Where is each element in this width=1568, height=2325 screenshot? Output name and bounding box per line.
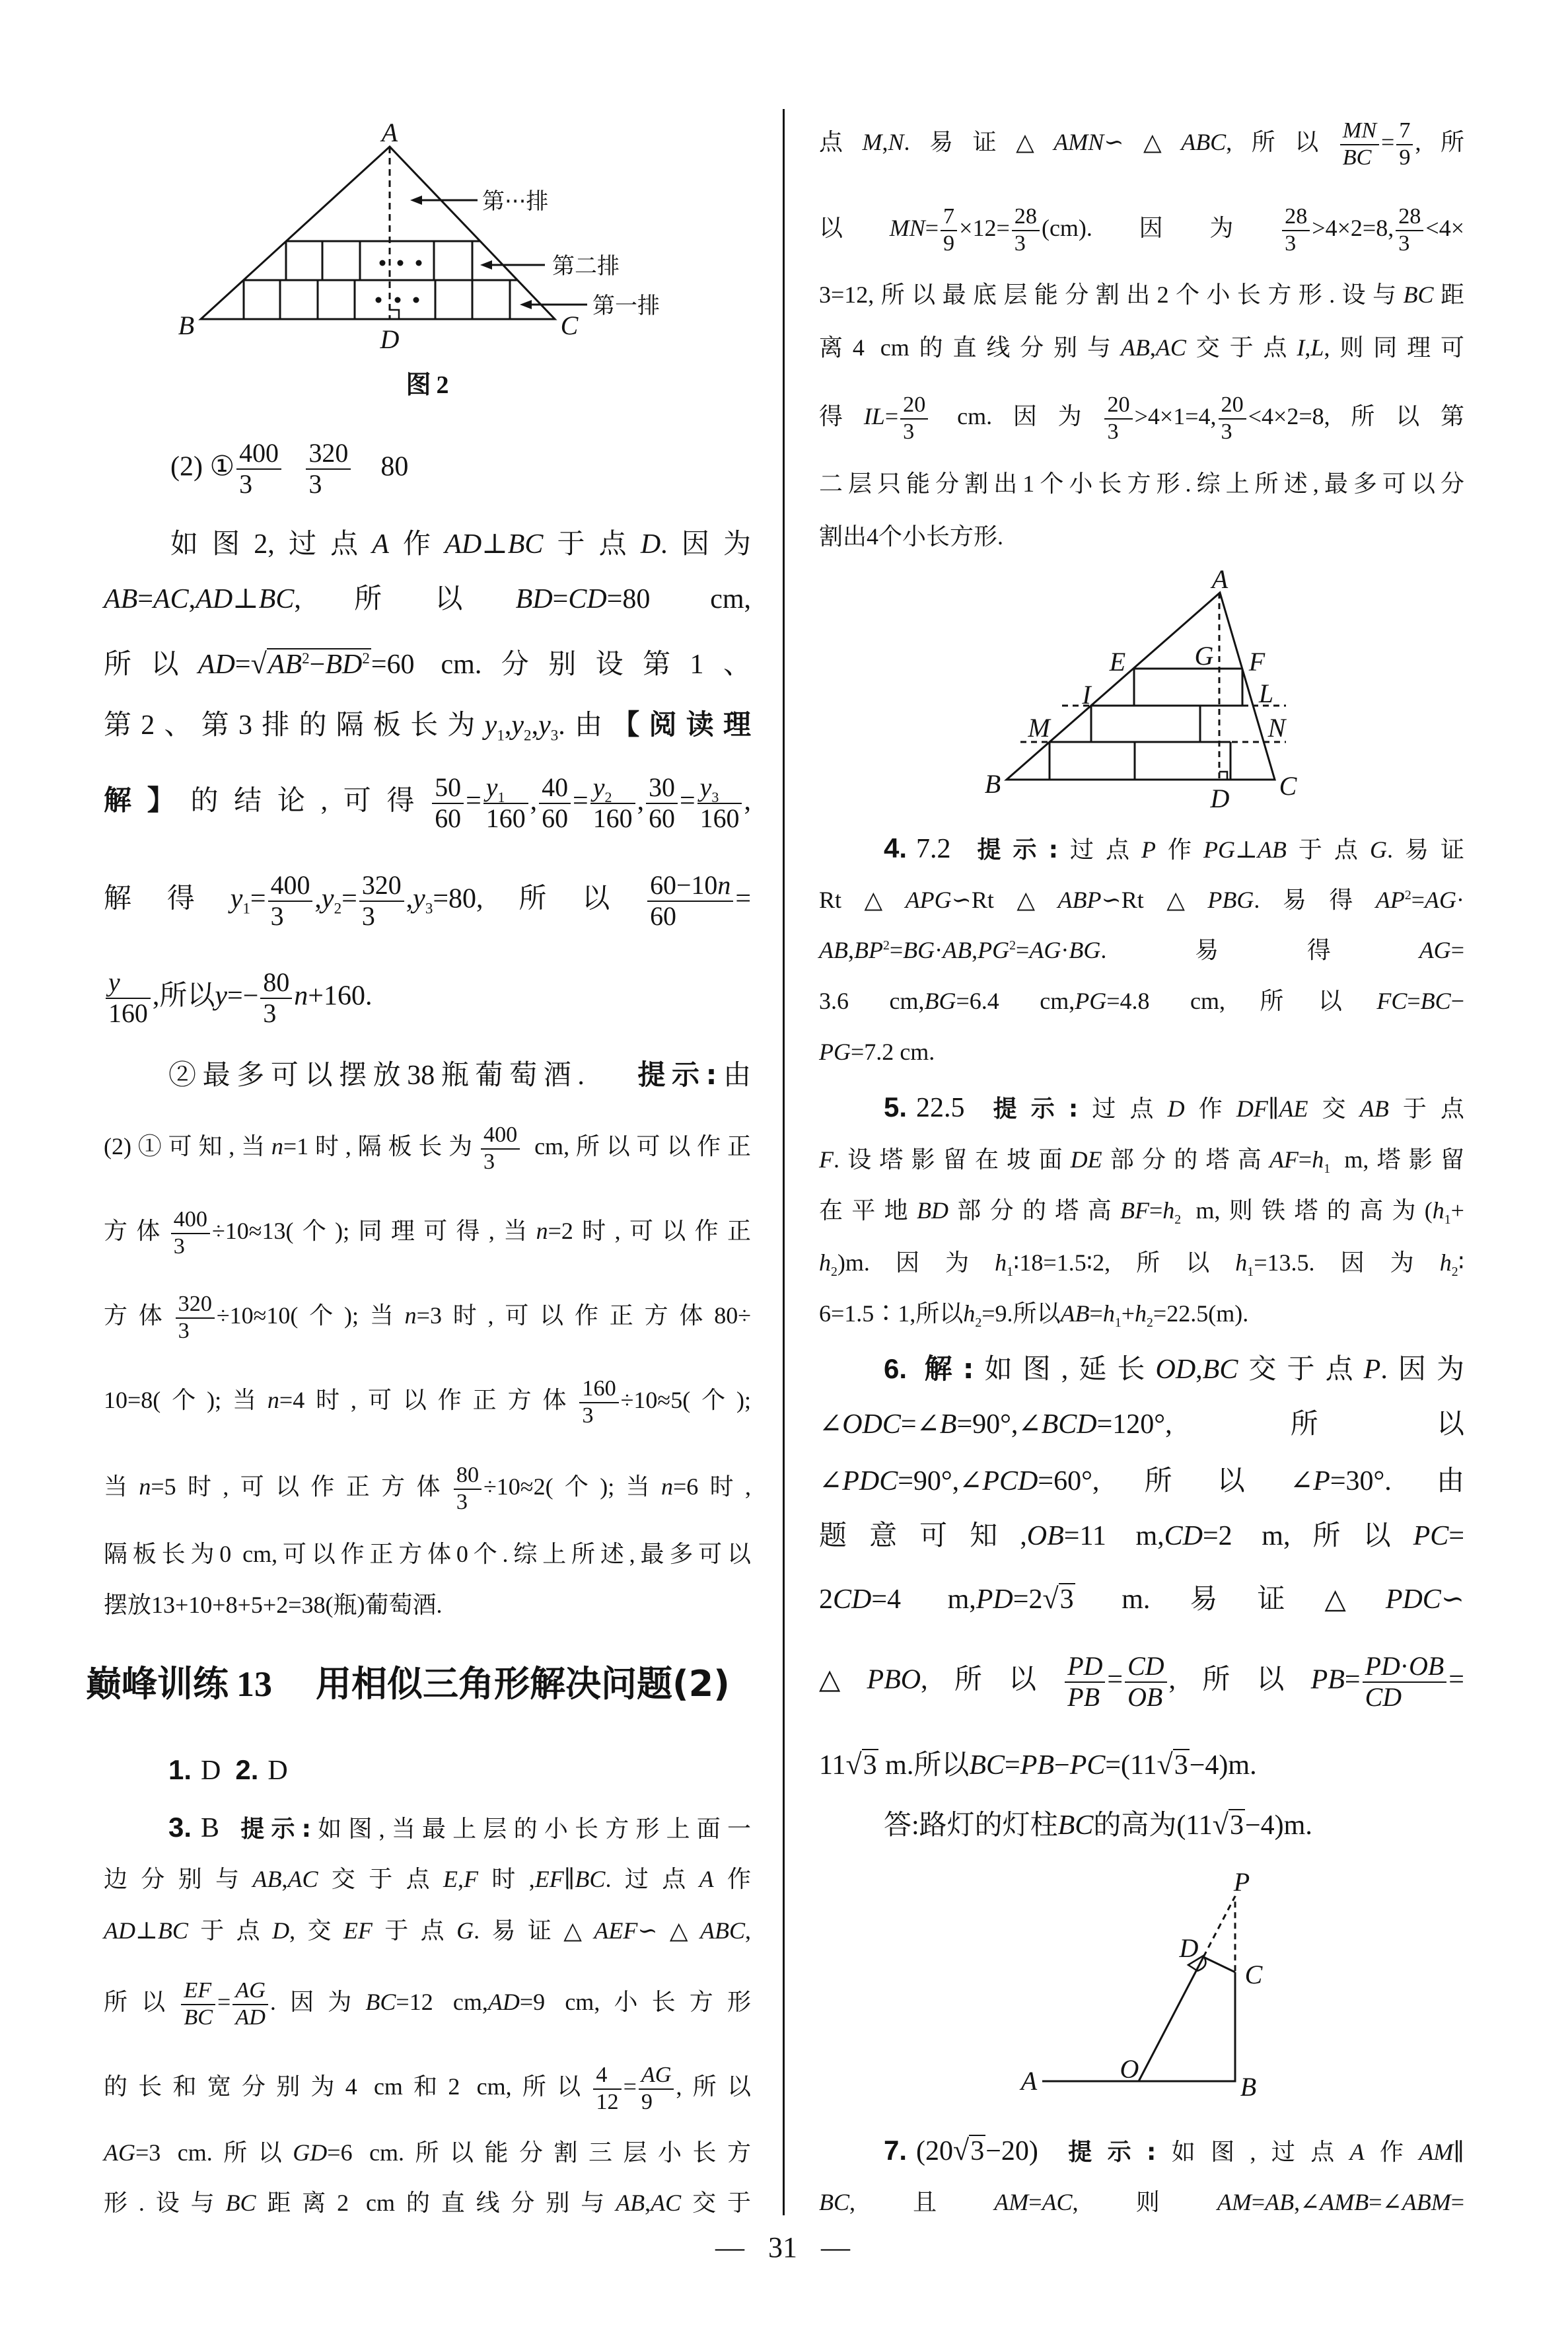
denominator: 9	[941, 230, 957, 256]
text-run: y	[593, 772, 605, 802]
math-variable: AB	[1360, 1095, 1389, 1122]
square-root: √3	[1157, 1750, 1190, 1781]
text-run: <4×	[1425, 215, 1464, 241]
math-variable: EF	[184, 1978, 211, 2003]
numerator: EF	[181, 1978, 215, 2003]
math-variable: PD	[1067, 1651, 1102, 1681]
denominator: 9	[639, 2088, 674, 2115]
text-run: 3	[263, 998, 276, 1028]
vertex-label-e: E	[1109, 647, 1125, 677]
text-run: △PBO,所以	[819, 1664, 1063, 1695]
vertex-label-c: C	[1279, 771, 1298, 801]
math-variable: AB	[253, 1866, 282, 1892]
text-run: 7	[1399, 118, 1410, 143]
denominator: OB	[1125, 1681, 1166, 1713]
math-variable: EF	[535, 1866, 564, 1892]
problem-number: 7.	[884, 2135, 907, 2166]
text-run: (20	[916, 2136, 953, 2166]
text-run: y	[108, 967, 120, 997]
math-variable: BC	[1058, 1810, 1094, 1841]
text-run: BC	[1343, 145, 1372, 170]
text-run: cm,所以可以作正	[522, 1133, 751, 1160]
math-variable: y	[700, 772, 712, 802]
text-run: 解得y	[104, 883, 242, 914]
text-run: 3	[970, 2136, 984, 2166]
math-variable: AG	[1029, 937, 1061, 963]
math-variable: y	[511, 710, 524, 741]
hint-line: 点M,N.易证△AMN∽△ABC,所以MNBC=79,所	[819, 116, 1464, 168]
math-variable: PG	[819, 1039, 851, 1065]
math-variable: D	[1168, 1095, 1185, 1122]
math-variable: AD	[445, 529, 481, 560]
math-variable: BG	[924, 988, 956, 1014]
math-variable: AD	[104, 1917, 135, 1944]
superscript: 2	[1405, 888, 1411, 903]
fraction: 4003	[236, 439, 281, 499]
answer-line: 5.22.5提示:过点D作DF∥AE交AB于点	[884, 1081, 1464, 1134]
text-run: 割出4个小长方形.	[819, 523, 1003, 550]
hint-line: AD⊥BC于点D,交EF于点G.易证△AEF∽△ABC,	[104, 1904, 751, 1957]
radical-sign-icon: √	[251, 647, 267, 680]
math-variable: BP	[854, 937, 883, 963]
page-number-left-mark: —	[715, 2231, 744, 2264]
square-root: √3	[1042, 1584, 1075, 1615]
math-variable: BF	[1120, 1197, 1149, 1224]
denominator: 3	[171, 1233, 210, 1259]
text-run: 3	[1107, 420, 1118, 444]
pointer-arrow-lines	[417, 200, 587, 305]
fraction: 803	[260, 968, 292, 1028]
text-run: 320	[308, 438, 348, 468]
math-variable: AF	[1269, 1146, 1299, 1173]
text-run: 2CD=4 m,PD=2	[819, 1584, 1042, 1615]
text-run: =	[250, 883, 266, 914]
problem-number: 6.	[884, 1353, 907, 1384]
text-run: 400	[174, 1207, 207, 1232]
numerator: 20	[1104, 392, 1132, 418]
hint-line: 方体3203÷10≈10(个);当n=3时,可以作正方体80÷	[104, 1289, 751, 1342]
math-variable: PB	[1311, 1664, 1345, 1695]
page-number: —31—	[684, 2228, 882, 2268]
text-run: PD	[1067, 1651, 1102, 1681]
fraction: y3160	[697, 773, 742, 833]
math-variable: AG	[1419, 937, 1451, 963]
math-variable: PBG	[1207, 887, 1254, 913]
triangle-abc	[1007, 593, 1275, 780]
text-run: =AG·	[1411, 887, 1464, 913]
math-variable: y	[538, 710, 551, 741]
text-run: AG	[235, 1978, 266, 2003]
math-variable: AM	[1217, 2189, 1252, 2215]
answer-line: 4.7.2提示:过点P作PG⊥AB于点G.易证	[884, 822, 1464, 875]
text-run: 如图,延长OD,BC交于点P.因为	[974, 1354, 1464, 1385]
text-run: 的结论,可得	[190, 786, 430, 816]
text-run: 如图2,过点A作AD⊥BC于点D.因为	[170, 529, 751, 560]
denominator: 3	[579, 1402, 618, 1428]
text-run: y	[700, 772, 712, 802]
math-variable: n	[536, 1218, 548, 1244]
text-run: .因为BC=12 cm,AD=9 cm,小长方形	[270, 1989, 751, 2015]
fraction: CDOB	[1125, 1652, 1166, 1712]
text-run: −4)m.	[1190, 1750, 1257, 1781]
text-run: 方体	[104, 1218, 169, 1244]
text-run: 3	[903, 420, 914, 444]
math-variable: n	[405, 1302, 417, 1329]
hint-line: 得IL=203 cm.因为203>4×1=4,203<4×2=8,所以第	[819, 390, 1464, 443]
text-run: 二层只能分割出1个小长方形.综上所述,最多可以分	[819, 470, 1464, 497]
text-run: 答:路灯的灯柱BC的高为(11	[884, 1810, 1213, 1841]
fraction: 4003	[171, 1207, 210, 1259]
math-variable: P	[1313, 1466, 1330, 1496]
denominator: 160	[697, 803, 742, 834]
lamp-arm	[1139, 1957, 1235, 2081]
answer-page: A B C D 第···排 第二排 第一排 图2 (2) ①4003 3203 …	[0, 0, 1568, 2325]
hint-line: 3=12,所以最底层能分割出2个小长方形.设与BC距	[819, 268, 1464, 321]
text-run: =	[1381, 129, 1394, 155]
text-run: ∶18=1.5∶2,所以h	[1013, 1249, 1247, 1276]
math-variable: h	[1312, 1146, 1324, 1173]
vertex-label-a: A	[380, 118, 398, 147]
text-run: 如图,当最上层的小长方形上面一	[311, 1816, 751, 1842]
text-run: 80	[456, 1463, 479, 1487]
math-variable: D	[272, 1917, 289, 1944]
math-variable: AC	[153, 584, 189, 614]
text-run: =	[466, 786, 481, 816]
text-run: =BG·AB,PG	[890, 937, 1009, 963]
text-run: AB	[268, 649, 302, 680]
subscript: 1	[1007, 1265, 1013, 1279]
text-run: 4	[596, 2063, 607, 2087]
text-run: 3	[271, 901, 284, 931]
ellipsis-dot	[376, 297, 382, 303]
numerator: PD	[1065, 1652, 1105, 1681]
section-heading: 巅峰训练13用相似三角形解决问题(2)	[86, 1661, 730, 1707]
answer-value: 22.5	[916, 1093, 965, 1123]
denominator: 60	[647, 901, 733, 932]
numerator: 20	[1219, 392, 1246, 418]
radical-sign-icon: √	[845, 1748, 861, 1781]
numerator: 30	[646, 773, 678, 803]
text-run: −20)	[985, 2136, 1038, 2166]
math-variable: PCD	[982, 1466, 1038, 1496]
denominator: 160	[106, 998, 151, 1029]
text-run: 160	[108, 998, 148, 1028]
math-variable: P	[1141, 836, 1156, 863]
text-run: 9	[1399, 145, 1410, 170]
text-run: m.易证△PDC∽	[1075, 1584, 1464, 1615]
math-variable: y	[593, 772, 605, 802]
numerator: 28	[1396, 204, 1423, 229]
denominator: 3	[268, 901, 313, 932]
text-run: 的长和宽分别为4 cm和2 cm,所以	[104, 2073, 591, 2100]
math-variable: BC	[1404, 281, 1434, 308]
denominator: 12	[593, 2088, 621, 2115]
math-variable: PD	[976, 1584, 1013, 1615]
denominator: 60	[646, 803, 678, 834]
text-run: 3	[1230, 1810, 1244, 1841]
math-variable: IL	[864, 403, 885, 429]
denominator: CD	[1363, 1681, 1447, 1713]
fraction: 4003	[481, 1123, 520, 1175]
numerator: 28	[1282, 204, 1310, 229]
denominator: 9	[1396, 144, 1413, 170]
heading-number: 13	[236, 1664, 272, 1704]
text-run: 80	[353, 451, 408, 482]
math-variable: h	[1235, 1249, 1247, 1276]
numerator: 40	[539, 773, 571, 803]
vertex-label-d: D	[1210, 784, 1230, 813]
vertex-label-d: D	[1179, 1933, 1199, 1963]
denominator: 60	[539, 803, 571, 834]
math-variable: D	[641, 529, 660, 560]
math-variable: AB	[616, 2190, 645, 2216]
denominator: 3	[1396, 230, 1423, 256]
numerator: y2	[590, 773, 635, 803]
text-run: +h	[1122, 1300, 1147, 1327]
denominator: 3	[176, 1317, 215, 1344]
text-run: ,	[744, 786, 751, 816]
math-variable: n	[294, 980, 308, 1011]
subscript: 2	[1452, 1265, 1458, 1279]
math-variable: BD	[917, 1197, 948, 1224]
fraction: 283	[1282, 204, 1310, 256]
text-run: −BD	[310, 649, 363, 680]
math-variable: MN	[1343, 118, 1376, 143]
text-run: ÷10≈2(个);当n=6时,	[483, 1473, 751, 1500]
text-run: 在平地BD部分的塔高BF=h	[819, 1197, 1174, 1224]
radical-sign-icon: √	[953, 2134, 969, 2166]
numerator: 400	[236, 439, 281, 468]
page-number-value: 31	[768, 2231, 797, 2264]
text-run: BC,且AM=AC,则AM=AB,∠AMB=∠ABM=	[819, 2189, 1464, 2215]
emphasis-bracket-text: 【阅读理	[612, 708, 751, 741]
math-variable: CD	[1127, 1651, 1164, 1681]
math-variable: AB	[943, 937, 972, 963]
radicand: 3	[1173, 1749, 1190, 1781]
superscript: 2	[883, 938, 890, 953]
math-variable: AB	[104, 584, 137, 614]
text-line: 第2、第3排的隔板长为y1,y2,y3.由【阅读理	[104, 698, 751, 751]
math-variable: ABC	[700, 1917, 745, 1944]
text-run: >4×2=8,	[1312, 215, 1394, 241]
text-run: OB	[1127, 1682, 1162, 1712]
text-run: 3	[308, 469, 322, 499]
math-variable: AB	[1265, 2189, 1294, 2215]
text-run: 6=1.5∶1,所以h	[819, 1300, 975, 1327]
radicand: 3	[1059, 1583, 1075, 1615]
ellipsis-dot	[398, 260, 404, 266]
numerator: MN	[1340, 118, 1379, 143]
text-run: 过点P作PG⊥AB于点G.易证	[1058, 836, 1464, 863]
math-variable: AD	[235, 2005, 266, 2030]
denominator: 3	[1282, 230, 1310, 256]
row-label-second: 第二排	[552, 253, 620, 279]
text-run	[907, 1354, 925, 1385]
subscript: 3	[551, 726, 559, 743]
numerator: 7	[1396, 118, 1413, 143]
answer-value: D	[267, 1755, 287, 1786]
text-run: >4×1=4,	[1135, 403, 1217, 429]
math-variable: E	[443, 1866, 458, 1892]
math-variable: OB	[1409, 1651, 1444, 1681]
math-variable: BC	[969, 1750, 1005, 1781]
math-variable: DE	[1071, 1146, 1102, 1173]
math-variable: N	[888, 129, 904, 155]
math-variable: PC	[1070, 1750, 1106, 1781]
subscript: 3	[425, 900, 433, 917]
fraction: 412	[593, 2063, 621, 2115]
fraction: 4003	[268, 871, 313, 931]
solution-line: ∠PDC=90°,∠PCD=60°,所以∠P=30°.由	[819, 1455, 1464, 1508]
text-run: 20	[1107, 392, 1129, 417]
math-variable: CD	[568, 584, 606, 614]
math-variable: AC	[1042, 2189, 1073, 2215]
math-variable: ABC	[1181, 129, 1226, 155]
text-run: 点M,N.易证△AMN∽△ABC,所以	[819, 129, 1338, 155]
problem-number: 1.	[168, 1754, 192, 1785]
hint-line: 10=8(个);当n=4时,可以作正方体1603÷10≈5(个);	[104, 1374, 751, 1426]
math-variable: BD	[325, 649, 362, 680]
text-run: m,塔影留	[1330, 1146, 1464, 1173]
square-root: √3	[953, 2136, 985, 2166]
text-run: 160	[700, 803, 740, 833]
text-run: ∶	[1458, 1249, 1464, 1276]
fraction: 283	[1396, 204, 1423, 256]
math-variable: BC	[508, 529, 544, 560]
math-variable: h	[995, 1249, 1007, 1276]
fraction: 60−10n60	[647, 871, 733, 931]
arrow-head-icon	[410, 196, 422, 205]
subscript: 2	[334, 900, 342, 917]
problem-number: 3.	[168, 1812, 192, 1843]
problem-number: 5.	[884, 1091, 907, 1123]
text-run: ÷10≈5(个);	[621, 1387, 751, 1413]
math-variable: h	[1433, 1197, 1444, 1224]
text-run: =	[624, 2073, 637, 2100]
denominator: BC	[1340, 144, 1379, 170]
figure-q3-rectangles-in-triangle: A E G F I L M N B C D	[978, 555, 1308, 819]
math-variable: AB	[1258, 836, 1287, 863]
math-variable: PB	[1067, 1682, 1100, 1712]
solution-line: 11√3 m.所以BC=PB−PC=(11√3−4)m.	[819, 1738, 1464, 1791]
text-run: 3	[582, 1403, 593, 1428]
denominator: 3	[900, 418, 928, 445]
math-variable: OD	[1156, 1354, 1196, 1385]
hint-label: 提示:	[966, 836, 1058, 864]
text-run: =	[341, 883, 357, 914]
answer-value: D	[201, 1755, 221, 1786]
text-run: EF	[184, 1978, 211, 2003]
hint-line: 6=1.5∶1,所以h2=9.所以AB=h1+h2=22.5(m).	[819, 1287, 1464, 1340]
math-variable: APG	[906, 887, 952, 913]
solution-line: △PBO,所以PDPB=CDOB,所以PB=PD·OBCD=	[819, 1652, 1464, 1705]
text-run: 9	[641, 2090, 653, 2114]
answer-value: (20√3−20)	[916, 2136, 1038, 2166]
text-run: =22.5(m).	[1153, 1300, 1248, 1327]
vertex-label-a: A	[1210, 564, 1229, 594]
text-run: m,则铁塔的高为(h	[1181, 1197, 1444, 1224]
fraction: 1603	[579, 1376, 618, 1428]
math-variable: PB	[1020, 1750, 1054, 1781]
hint-line: Rt△APG∽Rt△ABP∽Rt△PBG.易得AP2=AG·	[819, 873, 1464, 926]
fraction: 3203	[306, 439, 351, 499]
solution-line: 2CD=4 m,PD=2√3 m.易证△PDC∽	[819, 1572, 1464, 1625]
text-run: 60	[649, 803, 675, 833]
vertex-label-o: O	[1120, 2054, 1139, 2084]
text-run: 3	[1285, 231, 1296, 256]
hint-line: h2)m.因为h1∶18=1.5∶2,所以h1=13.5.因为h2∶	[819, 1236, 1464, 1289]
math-variable: F	[464, 1866, 478, 1892]
text-run: 所以	[104, 1989, 179, 2015]
ellipsis-dot	[380, 260, 386, 266]
hint-label: 提示:	[637, 1058, 717, 1091]
vertex-label-n: N	[1267, 713, 1287, 743]
denominator: 3	[306, 468, 351, 499]
answer-line: 1.D2.D	[168, 1744, 751, 1796]
math-variable: y	[485, 710, 497, 741]
text-run: =9.所以AB=h	[981, 1300, 1115, 1327]
text-run: 题意可知,OB=11 m,CD=2 m,所以PC=	[819, 1521, 1464, 1551]
hint-label: 解:	[925, 1352, 974, 1385]
math-variable: AD	[488, 1989, 520, 2015]
hint-line: 以MN=79×12=283(cm).因为283>4×2=8,283<4×	[819, 202, 1464, 254]
math-variable: OB	[1127, 1682, 1162, 1712]
ellipsis-dot	[416, 260, 422, 266]
math-variable: AD	[198, 649, 235, 680]
vertex-label-c: C	[1245, 1960, 1264, 1989]
subscript: 1	[1247, 1265, 1254, 1279]
answer-line: 6. 解:如图,延长OD,BC交于点P.因为	[884, 1343, 1464, 1395]
answer-line: 3.B提示:如图,当最上层的小长方形上面一	[168, 1801, 751, 1854]
vertex-label-i: I	[1081, 680, 1092, 710]
fraction: 203	[1104, 392, 1132, 445]
math-variable: AG	[641, 2063, 672, 2087]
math-variable: AB	[819, 937, 848, 963]
math-variable: G	[1370, 836, 1387, 863]
math-variable: n	[139, 1473, 151, 1500]
text-run: CD	[1365, 1682, 1402, 1712]
text-run: 3	[1221, 420, 1232, 444]
text-run: cm.因为	[930, 403, 1102, 429]
hint-line: PG=7.2 cm.	[819, 1025, 1464, 1078]
denominator: PB	[1065, 1681, 1105, 1713]
math-variable: PG	[1075, 988, 1106, 1014]
fraction: 4060	[539, 773, 571, 833]
text-run: 9	[943, 231, 954, 256]
math-variable: y	[486, 772, 498, 802]
denominator: 160	[483, 803, 528, 834]
row-label-top: 第···排	[482, 188, 548, 215]
text-run: PG=7.2 cm.	[819, 1039, 935, 1065]
text-run: 得IL=	[819, 403, 898, 429]
numerator: AG	[232, 1978, 268, 2003]
dashed-guides	[1020, 593, 1286, 780]
text-run: 形.设与BC距离2 cm的直线分别与AB,AC交于	[104, 2190, 751, 2216]
text-run: 3	[1015, 231, 1026, 256]
fraction: EFBC	[181, 1978, 215, 2030]
text-run: 3	[362, 901, 375, 931]
text-run: =	[1107, 1664, 1123, 1695]
math-variable: BC	[259, 584, 295, 614]
fraction: 5060	[432, 773, 464, 833]
triangle-abc	[201, 147, 555, 319]
text-run: 由	[717, 1060, 751, 1091]
math-variable: h	[1103, 1300, 1115, 1327]
text-run: ,	[637, 786, 645, 816]
math-variable: h	[1440, 1249, 1452, 1276]
math-variable: B	[940, 1409, 957, 1440]
math-variable: AMN	[1053, 129, 1104, 155]
